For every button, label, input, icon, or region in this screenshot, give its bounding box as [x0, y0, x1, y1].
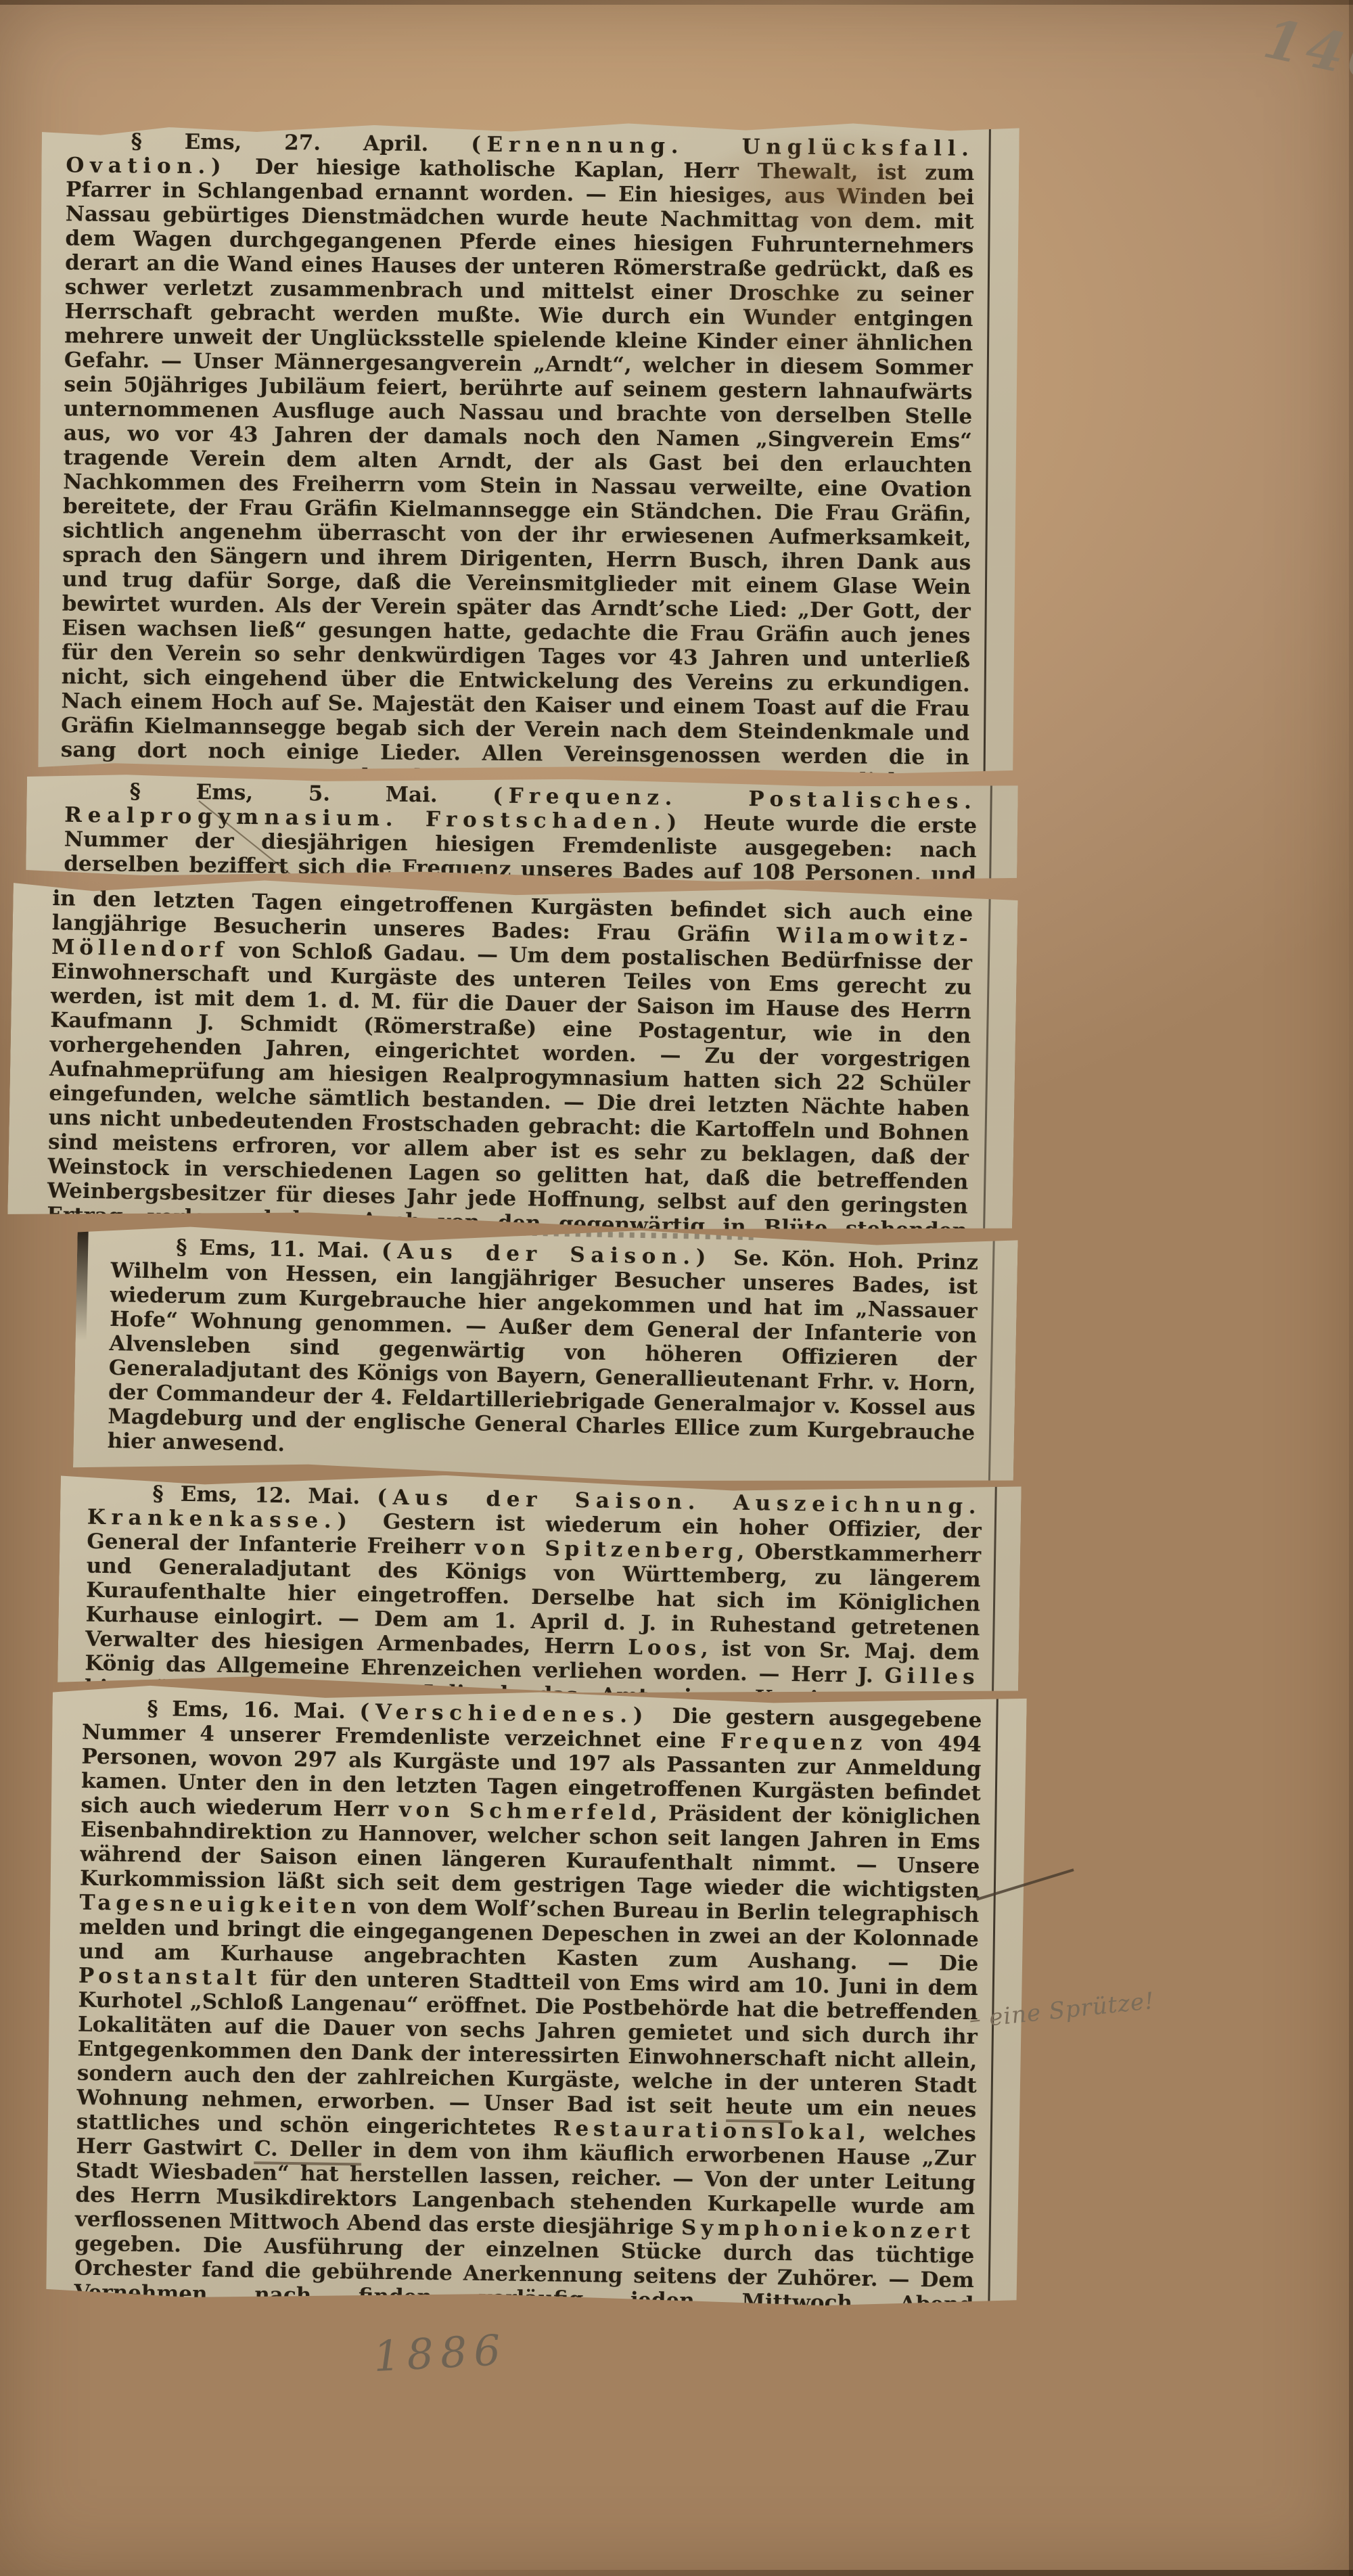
handwritten-page-number: 140 [1258, 6, 1353, 95]
paper-stain [689, 230, 934, 394]
article-text: § Ems, 5. Mai.(Frequenz. Postalisches. R… [64, 779, 978, 886]
article-body: Die gestern ausgegebene Nummer 4 unserer… [74, 1704, 982, 2309]
print-fragment [435, 1228, 755, 1240]
column-rule [988, 1237, 995, 1488]
news-clipping-11-mai: § Ems, 11. Mai.(Aus der Saison.)Se. Kön.… [73, 1220, 1018, 1488]
article-text: § Ems, 16. Mai.(Verschiedenes.)Die geste… [74, 1696, 982, 2309]
news-clipping-5-mai-top: § Ems, 5. Mai.(Frequenz. Postalisches. R… [26, 773, 1018, 886]
news-clipping-12-mai: § Ems, 12. Mai.(Aus der Saison. Auszeich… [58, 1469, 1022, 1699]
article-dateline: § Ems, 11. Mai. [176, 1235, 382, 1264]
article-dateline: § Ems, 27. April. [131, 129, 472, 156]
article-text: in den letzten Tagen eingetroffenen Kurg… [46, 886, 973, 1235]
column-rule [983, 893, 991, 1235]
column-rule [992, 1484, 997, 1699]
column-rule [989, 784, 992, 885]
article-body: in den letzten Tagen eingetroffenen Kurg… [46, 886, 973, 1235]
handwritten-year: 1886 [372, 2325, 508, 2381]
page-bottom-edge-shadow [0, 2570, 1353, 2576]
article-body: Se. Kön. Hoh. Prinz Wilhelm von Hessen, … [107, 1246, 978, 1456]
album-page: 140 § Ems, 27. April.(Ernennung. Unglück… [0, 0, 1353, 2576]
article-dateline: § Ems, 12. Mai. [152, 1481, 377, 1509]
news-clipping-27-april: § Ems, 27. April.(Ernennung. Unglücksfal… [37, 116, 1019, 776]
clipping-folded-edge [76, 1220, 89, 1340]
column-rule [988, 1696, 999, 2308]
page-top-edge-shadow [0, 0, 1353, 5]
article-body: Gestern ist wiederum ein hoher Offizier,… [84, 1509, 982, 1699]
article-dateline: § Ems, 16. Mai. [147, 1697, 359, 1724]
article-text: § Ems, 12. Mai.(Aus der Saison. Auszeich… [84, 1481, 982, 1700]
page-right-edge-shadow [1349, 0, 1353, 2576]
article-text: § Ems, 11. Mai.(Aus der Saison.)Se. Kön.… [107, 1234, 978, 1470]
news-clipping-16-mai: § Ems, 16. Mai.(Verschiedenes.)Die geste… [44, 1683, 1026, 2309]
news-clipping-5-mai-bottom: in den letzten Tagen eingetroffenen Kurg… [7, 876, 1018, 1235]
